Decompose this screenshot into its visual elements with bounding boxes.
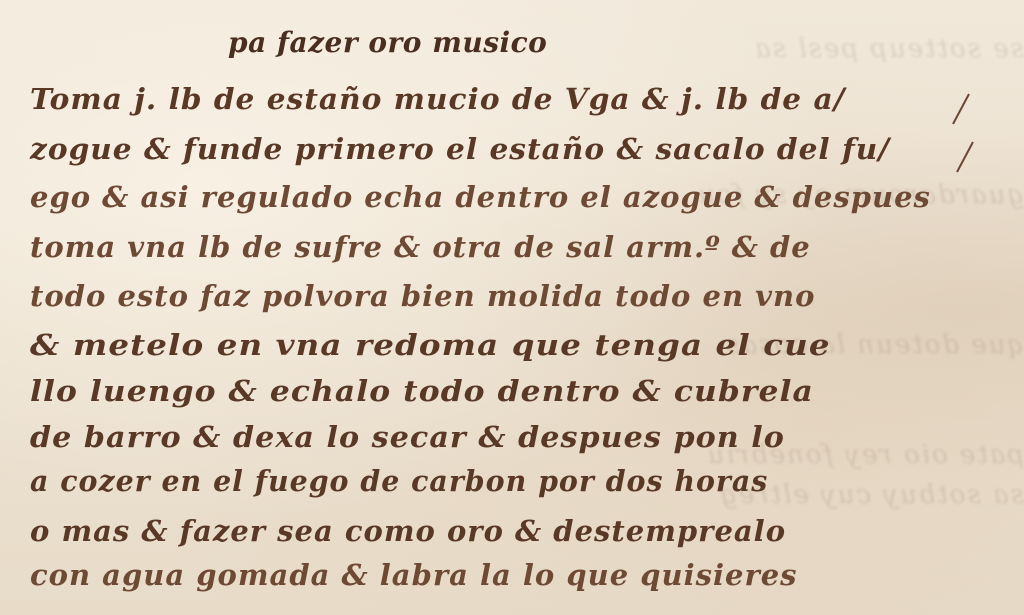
recipe-title: pa fazer oro musico (228, 26, 547, 59)
text-line-6: & metelo en vna redoma que tenga el cue (30, 328, 831, 362)
text-line-11: con agua gomada & labra la lo que quisie… (30, 558, 798, 592)
text-line-10: o mas & fazer sea como oro & destempreal… (30, 514, 786, 548)
text-line-1: Toma j. lb de estaño mucio de Vga & j. l… (30, 82, 845, 116)
text-line-3: ego & asi regulado echa dentro el azogue… (30, 180, 931, 214)
line-end-hyphen-mark (956, 142, 974, 173)
manuscript-page: pa fazer oro musico Toma j. lb de estaño… (0, 0, 1024, 615)
text-line-4: toma vna lb de sufre & otra de sal arm.º… (30, 230, 811, 264)
text-line-7: llo luengo & echalo todo dentro & cubrel… (30, 374, 814, 408)
text-line-8: de barro & dexa lo secar & despues pon l… (30, 420, 785, 454)
text-line-2: zogue & funde primero el estaño & sacalo… (30, 132, 890, 166)
text-line-9: a cozer en el fuego de carbon por dos ho… (30, 464, 768, 498)
line-end-hyphen-mark (952, 94, 970, 125)
text-line-5: todo esto faz polvora bien molida todo e… (30, 279, 815, 313)
